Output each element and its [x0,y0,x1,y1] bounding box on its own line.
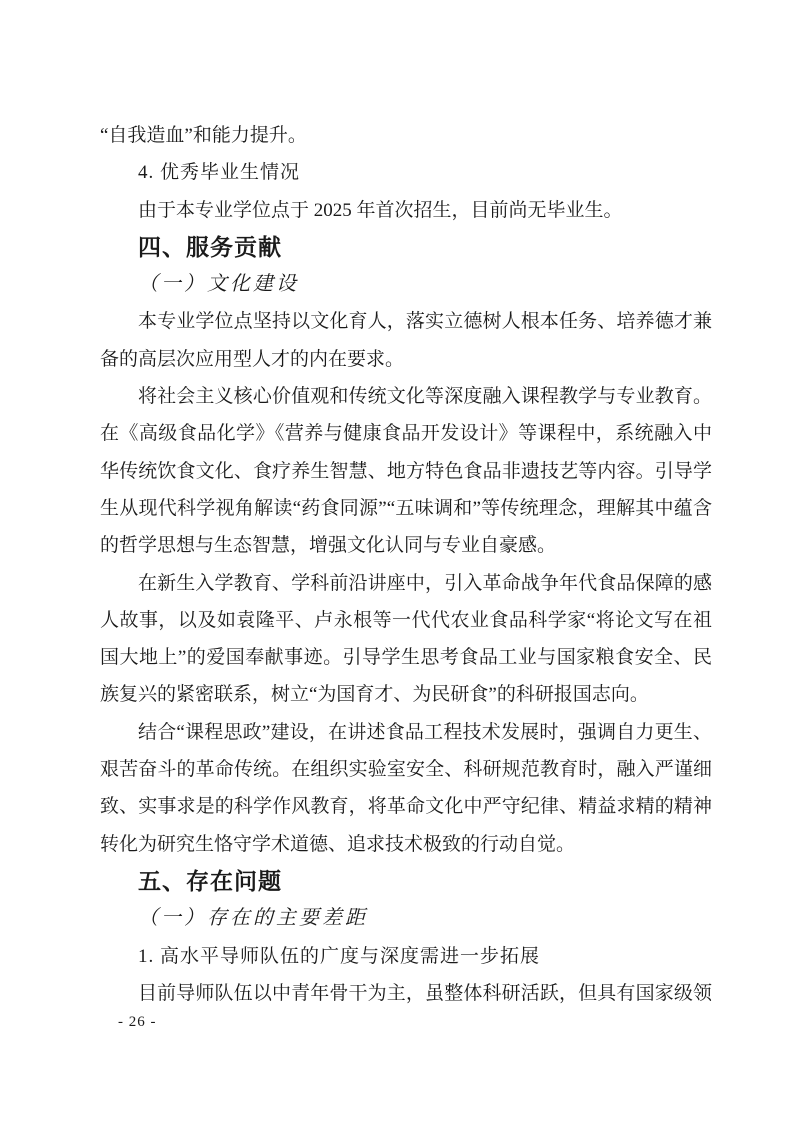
body-paragraph-graduates: 由于本专业学位点于 2025 年首次招生，目前尚无毕业生。 [100,192,712,229]
subsection-heading-gaps: （一）存在的主要差距 [100,900,712,937]
section-heading-service: 四、服务贡献 [100,229,712,266]
body-paragraph-mentors: 目前导师队伍以中青年骨干为主，虽整体科研活跃，但具有国家级领 [100,975,712,1012]
numbered-item-heading-1: 1. 高水平导师队伍的广度与深度需进一步拓展 [100,938,712,975]
continuation-paragraph: “自我造血”和能力提升。 [100,117,712,154]
page-number: - 26 - [118,1013,157,1031]
body-paragraph-values: 将社会主义核心价值观和传统文化等深度融入课程教学与专业教育。在《高级食品化学》《… [100,378,712,564]
document-body: “自我造血”和能力提升。 4. 优秀毕业生情况 由于本专业学位点于 2025 年… [100,117,712,1012]
body-paragraph-ideology: 结合“课程思政”建设，在讲述食品工程技术发展时，强调自力更生、艰苦奋斗的革命传统… [100,714,712,863]
document-page: “自我造血”和能力提升。 4. 优秀毕业生情况 由于本专业学位点于 2025 年… [0,0,794,1123]
subsection-heading-culture: （一）文化建设 [100,266,712,303]
section-heading-problems: 五、存在问题 [100,863,712,900]
body-paragraph-mission: 本专业学位点坚持以文化育人，落实立德树人根本任务、培养德才兼备的高层次应用型人才… [100,303,712,378]
body-paragraph-stories: 在新生入学教育、学科前沿讲座中，引入革命战争年代食品保障的感人故事，以及如袁隆平… [100,565,712,714]
numbered-item-heading-4: 4. 优秀毕业生情况 [100,154,712,191]
